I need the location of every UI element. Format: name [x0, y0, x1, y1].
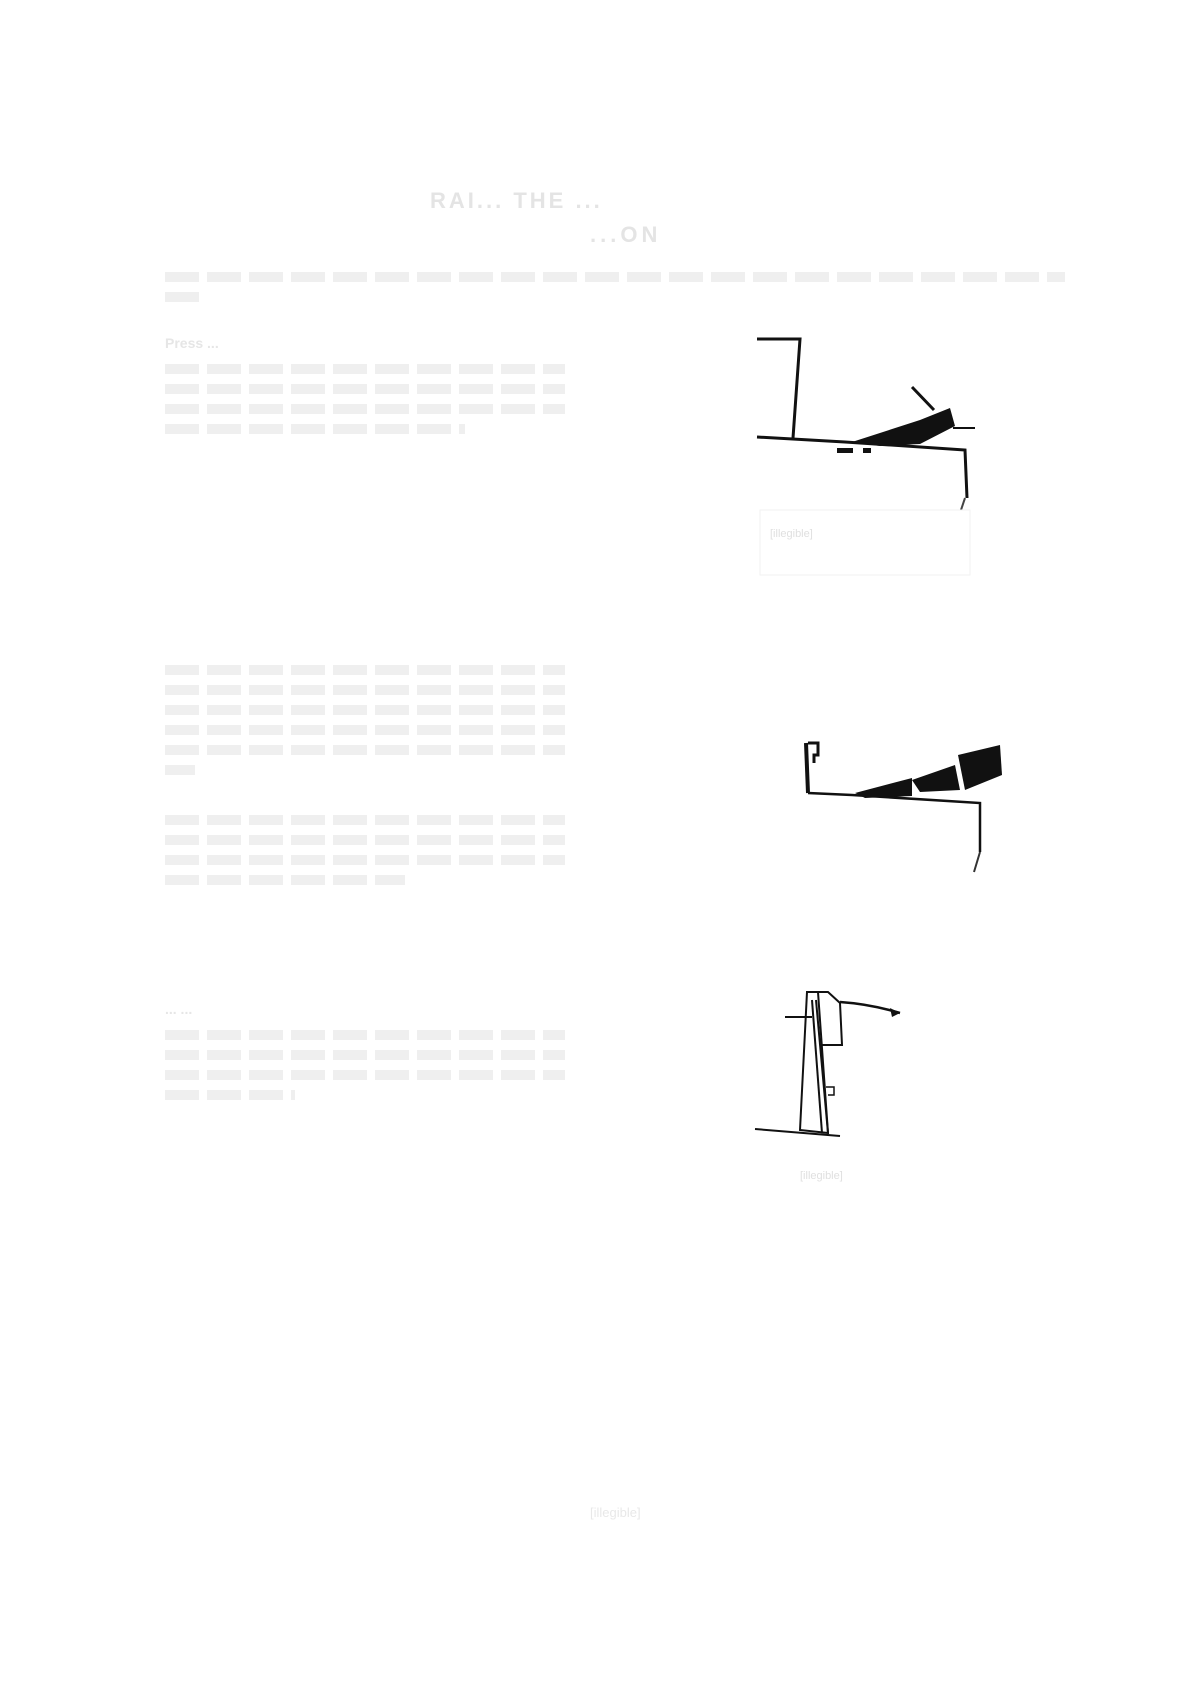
text-line: [165, 272, 1065, 282]
section-heading: Press ...: [165, 332, 565, 354]
text-line: [165, 765, 195, 775]
text-line: [165, 424, 465, 434]
section-2: [165, 655, 565, 785]
text-line: [165, 725, 565, 735]
page-number: [illegible]: [590, 1505, 641, 1520]
text-line: [165, 1050, 565, 1060]
text-line: [165, 835, 565, 845]
figure-3-caption: [illegible]: [800, 1170, 843, 1182]
text-line: [165, 875, 405, 885]
section-3: [165, 805, 565, 895]
page-title: RAI... THE ...: [430, 188, 603, 214]
text-line: [165, 1070, 565, 1080]
section-1: Press ...: [165, 332, 565, 444]
text-line: [165, 1090, 295, 1100]
intro-paragraph: [165, 262, 1065, 312]
text-line: [165, 404, 565, 414]
section-heading: ... ...: [165, 998, 565, 1020]
text-line: [165, 364, 565, 374]
text-line: [165, 292, 205, 302]
text-line: [165, 1030, 565, 1040]
text-line: [165, 705, 565, 715]
text-line: [165, 745, 565, 755]
page-subtitle: ...ON: [590, 222, 661, 248]
figure-1-caption: [illegible]: [770, 528, 813, 540]
text-line: [165, 665, 565, 675]
text-line: [165, 384, 565, 394]
text-line: [165, 685, 565, 695]
text-line: [165, 855, 565, 865]
section-4: ... ...: [165, 998, 565, 1110]
text-line: [165, 815, 565, 825]
figure-1-diagram: [620, 320, 1020, 580]
figure-2-diagram: [680, 580, 1010, 900]
